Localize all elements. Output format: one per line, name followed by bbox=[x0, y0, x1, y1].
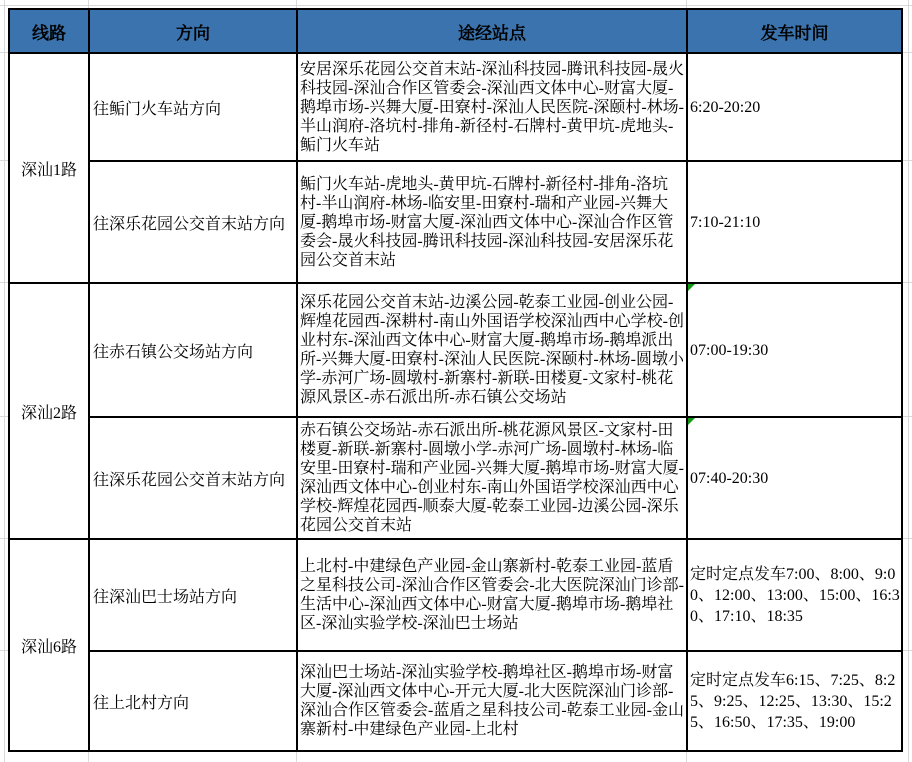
direction-cell: 往鲘门火车站方向 bbox=[89, 53, 297, 161]
grid-line bbox=[4, 0, 5, 762]
time-cell: 6:20-20:20 bbox=[687, 53, 902, 161]
table-row: 往深乐花园公交首末站方向 鲘门火车站-虎地头-黄甲坑-石牌村-新径村-排角-洛坑… bbox=[9, 161, 902, 283]
table-row: 往上北村方向 深汕巴士场站-深汕实验学校-鹅埠社区-鹅埠市场-财富大厦-深汕西文… bbox=[9, 651, 902, 751]
time-value: 07:00-19:30 bbox=[690, 342, 768, 359]
direction-cell: 往深乐花园公交首末站方向 bbox=[89, 417, 297, 539]
table-row: 深汕2路 往赤石镇公交场站方向 深乐花园公交首末站-边溪公园-乾泰工业园-创业公… bbox=[9, 283, 902, 417]
grid-line bbox=[908, 0, 909, 762]
stations-cell: 安居深乐花园公交首末站-深汕科技园-腾讯科技园-晟火科技园-深汕合作区管委会-深… bbox=[297, 53, 687, 161]
stations-cell: 深汕巴士场站-深汕实验学校-鹅埠社区-鹅埠市场-财富大厦-深汕西文体中心-开元大… bbox=[297, 651, 687, 751]
table-row: 往深乐花园公交首末站方向 赤石镇公交场站-赤石派出所-桃花源风景区-文家村-田楼… bbox=[9, 417, 902, 539]
cell-warning-triangle-icon bbox=[688, 284, 695, 291]
direction-cell: 往上北村方向 bbox=[89, 651, 297, 751]
time-cell: 07:40-20:30 bbox=[687, 417, 902, 539]
time-cell: 定时定点发车6:15、7:25、8:25、9:25、12:25、13:30、15… bbox=[687, 651, 902, 751]
table-row: 深汕1路 往鲘门火车站方向 安居深乐花园公交首末站-深汕科技园-腾讯科技园-晟火… bbox=[9, 53, 902, 161]
cell-warning-triangle-icon bbox=[688, 418, 695, 425]
header-cell-stations: 途经站点 bbox=[297, 9, 687, 53]
time-cell: 07:00-19:30 bbox=[687, 283, 902, 417]
spreadsheet-canvas: 线路 方向 途经站点 发车时间 深汕1路 往鲘门火车站方向 安居深乐花园公交首末… bbox=[0, 0, 912, 762]
route-line-cell: 深汕6路 bbox=[9, 539, 89, 751]
header-cell-line: 线路 bbox=[9, 9, 89, 53]
header-cell-direction: 方向 bbox=[89, 9, 297, 53]
route-line-cell: 深汕2路 bbox=[9, 283, 89, 539]
stations-cell: 深乐花园公交首末站-边溪公园-乾泰工业园-创业公园-辉煌花园西-深耕村-南山外国… bbox=[297, 283, 687, 417]
direction-cell: 往赤石镇公交场站方向 bbox=[89, 283, 297, 417]
direction-cell: 往深乐花园公交首末站方向 bbox=[89, 161, 297, 283]
bus-route-timetable: 线路 方向 途经站点 发车时间 深汕1路 往鲘门火车站方向 安居深乐花园公交首末… bbox=[8, 8, 903, 752]
table-row: 深汕6路 往深汕巴士场站方向 上北村-中建绿色产业园-金山寨新村-乾泰工业园-蓝… bbox=[9, 539, 902, 651]
stations-cell: 鲘门火车站-虎地头-黄甲坑-石牌村-新径村-排角-洛坑村-半山润府-林场-临安里… bbox=[297, 161, 687, 283]
grid-line bbox=[0, 5, 912, 6]
time-cell: 7:10-21:10 bbox=[687, 161, 902, 283]
header-cell-time: 发车时间 bbox=[687, 9, 902, 53]
stations-cell: 赤石镇公交场站-赤石派出所-桃花源风景区-文家村-田楼夏-新联-新寨村-圆墩小学… bbox=[297, 417, 687, 539]
direction-cell: 往深汕巴士场站方向 bbox=[89, 539, 297, 651]
time-cell: 定时定点发车7:00、8:00、9:00、12:00、13:00、15:00、1… bbox=[687, 539, 902, 651]
stations-cell: 上北村-中建绿色产业园-金山寨新村-乾泰工业园-蓝盾之星科技公司-深汕合作区管委… bbox=[297, 539, 687, 651]
route-line-cell: 深汕1路 bbox=[9, 53, 89, 283]
header-row: 线路 方向 途经站点 发车时间 bbox=[9, 9, 902, 53]
time-value: 07:40-20:30 bbox=[690, 470, 768, 487]
